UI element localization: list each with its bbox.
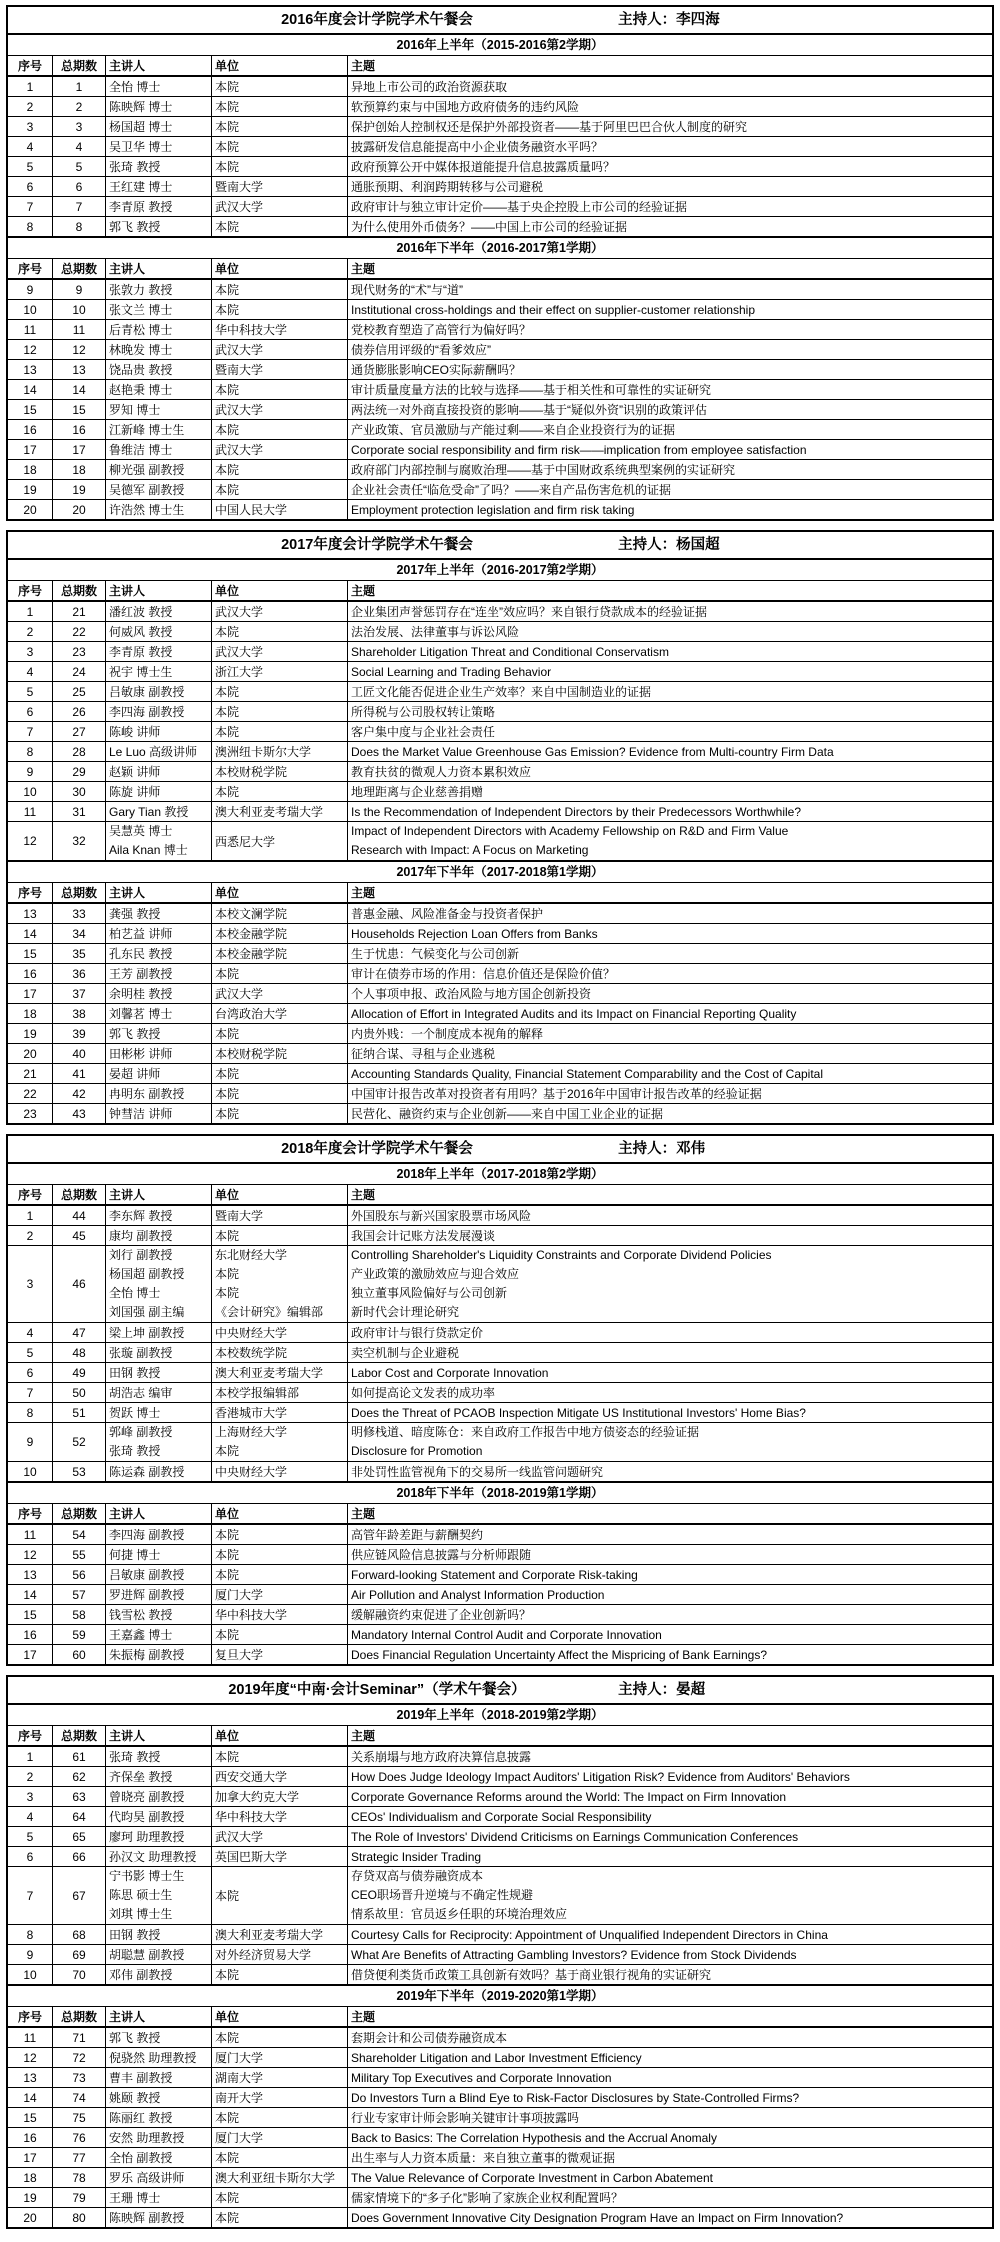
unit-cell: 本院 <box>212 1525 348 1544</box>
speaker-cell: 鲁维洁 博士 <box>106 440 212 459</box>
speaker-cell: 张文兰 博士 <box>106 300 212 319</box>
unit-cell: 西悉尼大学 <box>212 822 348 860</box>
speaker-cell: 吴德军 副教授 <box>106 480 212 499</box>
total-cell: 72 <box>53 2048 106 2067</box>
seq-cell: 10 <box>8 1462 53 1481</box>
table-row: 245康均 副教授本院我国会计记账方法发展漫谈 <box>8 1226 992 1246</box>
topic-cell: 供应链风险信息披露与分析师跟随 <box>348 1545 992 1564</box>
header-seq: 序号 <box>8 259 53 278</box>
speaker-cell: Gary Tian 教授 <box>106 802 212 821</box>
speaker-cell: 田彬彬 讲师 <box>106 1044 212 1063</box>
seq-cell: 15 <box>8 2108 53 2127</box>
total-cell: 54 <box>53 1525 106 1544</box>
topic-cell: 工匠文化能否促进企业生产效率？来自中国制造业的证据 <box>348 682 992 701</box>
speaker-cell: 罗进辉 副教授 <box>106 1585 212 1604</box>
total-cell: 79 <box>53 2188 106 2207</box>
speaker-cell: 郭飞 教授 <box>106 217 212 236</box>
seq-cell: 3 <box>8 642 53 661</box>
seq-cell: 2 <box>8 97 53 116</box>
unit-cell: 上海财经大学本院 <box>212 1423 348 1461</box>
speaker-cell: 陈运森 副教授 <box>106 1462 212 1481</box>
topic-cell: 党校教育塑造了高管行为偏好吗？ <box>348 320 992 339</box>
topic-cell: Impact of Independent Directors with Aca… <box>348 822 992 860</box>
section-subtitle: 2018年上半年（2017-2018第2学期） <box>8 1163 992 1185</box>
speaker-line: 刘琪 博士生 <box>109 1905 172 1924</box>
speaker-cell: 江新峰 博士生 <box>106 420 212 439</box>
table-row: 1414赵艳秉 博士本院审计质量度量方法的比较与选择——基于相关性和可靠性的实证… <box>8 380 992 400</box>
topic-cell: Military Top Executives and Corporate In… <box>348 2068 992 2087</box>
table-row: 727陈峻 讲师本院客户集中度与企业社会责任 <box>8 722 992 742</box>
topic-line: 新时代会计理论研究 <box>351 1303 459 1322</box>
table-row: 1434柏艺益 讲师本校金融学院Households Rejection Loa… <box>8 924 992 944</box>
topic-cell: 政府审计与银行贷款定价 <box>348 1323 992 1342</box>
table-row: 222何威风 教授本院法治发展、法律董事与诉讼风险 <box>8 622 992 642</box>
header-speaker: 主讲人 <box>106 259 212 278</box>
unit-cell: 华中科技大学 <box>212 320 348 339</box>
speaker-cell: 潘红波 教授 <box>106 602 212 621</box>
seq-cell: 17 <box>8 2148 53 2167</box>
header-total: 总期数 <box>53 1185 106 1204</box>
table-row: 626李四海 副教授本院所得税与公司股权转让策略 <box>8 702 992 722</box>
seq-cell: 2 <box>8 1767 53 1786</box>
total-cell: 70 <box>53 1965 106 1984</box>
unit-cell: 本院 <box>212 460 348 479</box>
speaker-cell: 李四海 副教授 <box>106 702 212 721</box>
unit-cell: 本院 <box>212 300 348 319</box>
unit-cell: 本校文澜学院 <box>212 904 348 923</box>
topic-cell: Is the Recommendation of Independent Dir… <box>348 802 992 821</box>
table-row: 767宁书影 博士生陈思 硕士生刘琪 博士生本院存贷双高与债券融资成本CEO职场… <box>8 1867 992 1925</box>
topic-cell: CEOs' Individualism and Corporate Social… <box>348 1807 992 1826</box>
table-row: 464代昀昊 副教授华中科技大学CEOs' Individualism and … <box>8 1807 992 1827</box>
topic-cell: 借贷便利类货币政策工具创新有效吗？基于商业银行视角的实证研究 <box>348 1965 992 1984</box>
header-total: 总期数 <box>53 1504 106 1523</box>
speaker-cell: 陈映辉 博士 <box>106 97 212 116</box>
topic-line: 情系故里：官员返乡任职的环境治理效应 <box>351 1905 567 1924</box>
table-row: 323李青原 教授武汉大学Shareholder Litigation Thre… <box>8 642 992 662</box>
seq-cell: 7 <box>8 197 53 216</box>
speaker-cell: 全怡 副教授 <box>106 2148 212 2167</box>
topic-cell: 两法统一对外商直接投资的影响——基于“疑似外资”识别的政策评估 <box>348 400 992 419</box>
unit-cell: 本院 <box>212 1965 348 1984</box>
unit-cell: 武汉大学 <box>212 340 348 359</box>
unit-cell: 本院 <box>212 722 348 741</box>
table-row: 2020许浩然 博士生中国人民大学Employment protection l… <box>8 500 992 519</box>
topic-cell: 审计在债券市场的作用：信息价值还是保险价值？ <box>348 964 992 983</box>
unit-cell: 本院 <box>212 380 348 399</box>
unit-cell: 华中科技大学 <box>212 1605 348 1624</box>
unit-cell: 本院 <box>212 2028 348 2047</box>
topic-cell: Mandatory Internal Control Audit and Cor… <box>348 1625 992 1644</box>
header-seq: 序号 <box>8 1504 53 1523</box>
seq-cell: 19 <box>8 480 53 499</box>
speaker-cell: 李东辉 教授 <box>106 1206 212 1225</box>
speaker-cell: 饶品贵 教授 <box>106 360 212 379</box>
total-cell: 18 <box>53 460 106 479</box>
table-row: 1457罗进辉 副教授厦门大学Air Pollution and Analyst… <box>8 1585 992 1605</box>
total-cell: 58 <box>53 1605 106 1624</box>
topic-cell: 中国审计报告改革对投资者有用吗？基于2016年中国审计报告改革的经验证据 <box>348 1084 992 1103</box>
unit-cell: 东北财经大学本院本院《会计研究》编辑部 <box>212 1246 348 1322</box>
header-total: 总期数 <box>53 56 106 75</box>
table-row: 750胡浩志 编审本校学报编辑部如何提高论文发表的成功率 <box>8 1383 992 1403</box>
speaker-cell: 贺跃 博士 <box>106 1403 212 1422</box>
header-unit: 单位 <box>212 2007 348 2026</box>
topic-cell: Corporate social responsibility and firm… <box>348 440 992 459</box>
speaker-cell: 许浩然 博士生 <box>106 500 212 519</box>
unit-cell: 本院 <box>212 1625 348 1644</box>
topic-cell: 内贵外贱：一个制度成本视角的解释 <box>348 1024 992 1043</box>
seq-cell: 15 <box>8 1605 53 1624</box>
seq-cell: 11 <box>8 802 53 821</box>
seq-cell: 9 <box>8 280 53 299</box>
total-cell: 74 <box>53 2088 106 2107</box>
topic-cell: 政府部门内部控制与腐败治理——基于中国财政系统典型案例的实证研究 <box>348 460 992 479</box>
header-seq: 序号 <box>8 1726 53 1745</box>
speaker-cell: 倪骁然 助理教授 <box>106 2048 212 2067</box>
table-title-row: 2017年度会计学院学术午餐会主持人：杨国超 <box>8 532 992 559</box>
unit-cell: 本院 <box>212 480 348 499</box>
header-speaker: 主讲人 <box>106 1726 212 1745</box>
topic-cell: 套期会计和公司债券融资成本 <box>348 2028 992 2047</box>
speaker-cell: 张敦力 教授 <box>106 280 212 299</box>
total-cell: 64 <box>53 1807 106 1826</box>
table-row: 1558钱雪松 教授华中科技大学缓解融资约束促进了企业创新吗？ <box>8 1605 992 1625</box>
table-row: 2141晏超 讲师本院Accounting Standards Quality,… <box>8 1064 992 1084</box>
speaker-cell: 张琦 教授 <box>106 1747 212 1766</box>
unit-cell: 本院 <box>212 1024 348 1043</box>
table-row: 121潘红波 教授武汉大学企业集团声誉惩罚存在“连坐”效应吗？来自银行贷款成本的… <box>8 602 992 622</box>
topic-line: 明修栈道、暗度陈仓：来自政府工作报告中地方债姿态的经验证据 <box>351 1423 699 1442</box>
topic-cell: 生于忧患：气候变化与公司创新 <box>348 944 992 963</box>
table-row: 88郭飞 教授本院为什么使用外币债务？——中国上市公司的经验证据 <box>8 217 992 237</box>
total-cell: 53 <box>53 1462 106 1481</box>
topic-cell: 缓解融资约束促进了企业创新吗？ <box>348 1605 992 1624</box>
total-cell: 21 <box>53 602 106 621</box>
total-cell: 3 <box>53 117 106 136</box>
seminar-schedule: 2016年度会计学院学术午餐会主持人：李四海2016年上半年（2015-2016… <box>0 0 1000 2242</box>
speaker-cell: 王红建 博士 <box>106 177 212 196</box>
seq-cell: 12 <box>8 340 53 359</box>
unit-cell: 本院 <box>212 2208 348 2227</box>
total-cell: 40 <box>53 1044 106 1063</box>
topic-cell: 产业政策、官员激励与产能过剩——来自企业投资行为的证据 <box>348 420 992 439</box>
seq-cell: 1 <box>8 1206 53 1225</box>
seq-cell: 14 <box>8 2088 53 2107</box>
year-table: 2019年度“中南·会计Seminar”（学术午餐会）主持人：晏超2019年上半… <box>6 1675 994 2229</box>
table-row: 1070邓伟 副教授本院借贷便利类货币政策工具创新有效吗？基于商业银行视角的实证… <box>8 1965 992 1985</box>
topic-cell: 外国股东与新兴国家股票市场风险 <box>348 1206 992 1225</box>
speaker-line: 刘国强 副主编 <box>109 1303 184 1322</box>
table-row: 77李青原 教授武汉大学政府审计与独立审计定价——基于央企控股上市公司的经验证据 <box>8 197 992 217</box>
speaker-cell: 吕敏康 副教授 <box>106 1565 212 1584</box>
table-row: 144李东辉 教授暨南大学外国股东与新兴国家股票市场风险 <box>8 1206 992 1226</box>
speaker-cell: 王芳 副教授 <box>106 964 212 983</box>
unit-cell: 南开大学 <box>212 2088 348 2107</box>
speaker-cell: 钟彗洁 讲师 <box>106 1104 212 1123</box>
seq-cell: 14 <box>8 924 53 943</box>
total-cell: 23 <box>53 642 106 661</box>
table-row: 1111后青松 博士华中科技大学党校教育塑造了高管行为偏好吗？ <box>8 320 992 340</box>
table-row: 1030陈旋 讲师本院地理距离与企业慈善捐赠 <box>8 782 992 802</box>
table-row: 1373曹丰 副教授湖南大学Military Top Executives an… <box>8 2068 992 2088</box>
topic-cell: 法治发展、法律董事与诉讼风险 <box>348 622 992 641</box>
seq-cell: 15 <box>8 944 53 963</box>
column-header-row: 序号总期数主讲人单位主题 <box>8 1504 992 1525</box>
total-cell: 6 <box>53 177 106 196</box>
header-unit: 单位 <box>212 581 348 600</box>
speaker-line: 全怡 博士 <box>109 1284 160 1303</box>
topic-cell: 非处罚性监管视角下的交易所一线监管问题研究 <box>348 1462 992 1481</box>
topic-line: 产业政策的激励效应与迎合效应 <box>351 1265 519 1284</box>
topic-cell: 通货膨胀影响CEO实际薪酬吗？ <box>348 360 992 379</box>
speaker-cell: 李四海 副教授 <box>106 1525 212 1544</box>
topic-cell: 存贷双高与债券融资成本CEO职场晋升逆境与不确定性规避情系故里：官员返乡任职的环… <box>348 1867 992 1924</box>
seq-cell: 13 <box>8 2068 53 2087</box>
table-row: 548张璇 副教授本校数统学院卖空机制与企业避税 <box>8 1343 992 1363</box>
topic-cell: Air Pollution and Analyst Information Pr… <box>348 1585 992 1604</box>
speaker-cell: 李青原 教授 <box>106 197 212 216</box>
seq-cell: 23 <box>8 1104 53 1123</box>
seq-cell: 13 <box>8 1565 53 1584</box>
unit-cell: 暨南大学 <box>212 360 348 379</box>
table-row: 1053陈运森 副教授中央财经大学非处罚性监管视角下的交易所一线监管问题研究 <box>8 1462 992 1482</box>
table-row: 1212林晚发 博士武汉大学债券信用评级的“看爹效应” <box>8 340 992 360</box>
topic-cell: Employment protection legislation and fi… <box>348 500 992 519</box>
speaker-cell: 杨国超 博士 <box>106 117 212 136</box>
speaker-cell: 全怡 博士 <box>106 77 212 96</box>
topic-line: Disclosure for Promotion <box>351 1442 482 1461</box>
table-row: 1535孔东民 教授本校金融学院生于忧患：气候变化与公司创新 <box>8 944 992 964</box>
section-subtitle: 2018年下半年（2018-2019第1学期） <box>8 1482 992 1504</box>
unit-cell: 中央财经大学 <box>212 1462 348 1481</box>
table-row: 424祝宇 博士生浙江大学Social Learning and Trading… <box>8 662 992 682</box>
topic-cell: Does Financial Regulation Uncertainty Af… <box>348 1645 992 1664</box>
speaker-cell: 陈峻 讲师 <box>106 722 212 741</box>
speaker-cell: 王珊 博士 <box>106 2188 212 2207</box>
header-speaker: 主讲人 <box>106 2007 212 2026</box>
total-cell: 32 <box>53 822 106 860</box>
speaker-cell: Le Luo 高级讲师 <box>106 742 212 761</box>
unit-cell: 厦门大学 <box>212 1585 348 1604</box>
total-cell: 36 <box>53 964 106 983</box>
speaker-cell: 柏艺益 讲师 <box>106 924 212 943</box>
header-unit: 单位 <box>212 1185 348 1204</box>
table-row: 1154李四海 副教授本院高管年龄差距与薪酬契约 <box>8 1525 992 1545</box>
header-seq: 序号 <box>8 883 53 902</box>
seq-cell: 9 <box>8 762 53 781</box>
topic-cell: 我国会计记账方法发展漫谈 <box>348 1226 992 1245</box>
speaker-cell: 孔东民 教授 <box>106 944 212 963</box>
topic-line: Controlling Shareholder's Liquidity Cons… <box>351 1246 772 1265</box>
unit-line: 本院 <box>215 1442 239 1461</box>
unit-cell: 本院 <box>212 782 348 801</box>
table-row: 666孙汉文 助理教授英国巴斯大学Strategic Insider Tradi… <box>8 1847 992 1867</box>
total-cell: 20 <box>53 500 106 519</box>
topic-cell: Forward-looking Statement and Corporate … <box>348 1565 992 1584</box>
topic-cell: Labor Cost and Corporate Innovation <box>348 1363 992 1382</box>
speaker-cell: 胡浩志 编审 <box>106 1383 212 1402</box>
header-speaker: 主讲人 <box>106 581 212 600</box>
table-row: 1232吴慧英 博士Aila Knan 博士西悉尼大学Impact of Ind… <box>8 822 992 861</box>
table-row: 11全怡 博士本院异地上市公司的政治资源获取 <box>8 77 992 97</box>
total-cell: 60 <box>53 1645 106 1664</box>
speaker-cell: 田钢 教授 <box>106 1925 212 1944</box>
topic-cell: 保护创始人控制权还是保护外部投资者——基于阿里巴巴合伙人制度的研究 <box>348 117 992 136</box>
total-cell: 68 <box>53 1925 106 1944</box>
speaker-line: Aila Knan 博士 <box>109 841 188 860</box>
seq-cell: 16 <box>8 2128 53 2147</box>
speaker-line: 陈思 硕士生 <box>109 1886 172 1905</box>
topic-cell: Social Learning and Trading Behavior <box>348 662 992 681</box>
section-subtitle: 2016年上半年（2015-2016第2学期） <box>8 34 992 56</box>
speaker-cell: 朱振梅 副教授 <box>106 1645 212 1664</box>
total-cell: 15 <box>53 400 106 419</box>
speaker-cell: 赵艳秉 博士 <box>106 380 212 399</box>
total-cell: 13 <box>53 360 106 379</box>
seq-cell: 7 <box>8 1867 53 1924</box>
topic-cell: 个人事项申报、政治风险与地方国企创新投资 <box>348 984 992 1003</box>
seq-cell: 4 <box>8 662 53 681</box>
total-cell: 61 <box>53 1747 106 1766</box>
topic-cell: 地理距离与企业慈善捐赠 <box>348 782 992 801</box>
table-row: 1474姚颐 教授南开大学Do Investors Turn a Blind E… <box>8 2088 992 2108</box>
topic-cell: 审计质量度量方法的比较与选择——基于相关性和可靠性的实证研究 <box>348 380 992 399</box>
unit-cell: 厦门大学 <box>212 2128 348 2147</box>
column-header-row: 序号总期数主讲人单位主题 <box>8 1726 992 1747</box>
total-cell: 46 <box>53 1246 106 1322</box>
unit-cell: 本校财税学院 <box>212 1044 348 1063</box>
header-unit: 单位 <box>212 1726 348 1745</box>
topic-line: CEO职场晋升逆境与不确定性规避 <box>351 1886 533 1905</box>
total-cell: 73 <box>53 2068 106 2087</box>
speaker-cell: 宁书影 博士生陈思 硕士生刘琪 博士生 <box>106 1867 212 1924</box>
speaker-cell: 胡聪慧 副教授 <box>106 1945 212 1964</box>
total-cell: 62 <box>53 1767 106 1786</box>
seq-cell: 2 <box>8 1226 53 1245</box>
seq-cell: 6 <box>8 1847 53 1866</box>
unit-cell: 澳大利亚麦考瑞大学 <box>212 802 348 821</box>
seq-cell: 5 <box>8 682 53 701</box>
seq-cell: 20 <box>8 2208 53 2227</box>
total-cell: 10 <box>53 300 106 319</box>
topic-line: Impact of Independent Directors with Aca… <box>351 822 788 841</box>
total-cell: 41 <box>53 1064 106 1083</box>
total-cell: 57 <box>53 1585 106 1604</box>
unit-cell: 台湾政治大学 <box>212 1004 348 1023</box>
table-row: 1777全怡 副教授本院出生率与人力资本质量：来自独立董事的微观证据 <box>8 2148 992 2168</box>
seq-cell: 12 <box>8 1545 53 1564</box>
table-row: 1171郭飞 教授本院套期会计和公司债券融资成本 <box>8 2028 992 2048</box>
seq-cell: 1 <box>8 602 53 621</box>
topic-cell: How Does Judge Ideology Impact Auditors'… <box>348 1767 992 1786</box>
unit-line: 《会计研究》编辑部 <box>215 1303 323 1322</box>
seq-cell: 21 <box>8 1064 53 1083</box>
speaker-cell: 刘行 副教授杨国超 副教授全怡 博士刘国强 副主编 <box>106 1246 212 1322</box>
header-speaker: 主讲人 <box>106 56 212 75</box>
speaker-cell: 张璇 副教授 <box>106 1343 212 1362</box>
total-cell: 24 <box>53 662 106 681</box>
total-cell: 5 <box>53 157 106 176</box>
topic-cell: Corporate Governance Reforms around the … <box>348 1787 992 1806</box>
header-total: 总期数 <box>53 1726 106 1745</box>
speaker-line: 郭峰 副教授 <box>109 1423 172 1442</box>
topic-cell: Does the Market Value Greenhouse Gas Emi… <box>348 742 992 761</box>
table-row: 649田钢 教授澳大利亚麦考瑞大学Labor Cost and Corporat… <box>8 1363 992 1383</box>
total-cell: 14 <box>53 380 106 399</box>
topic-cell: 行业专家审计师会影响关键审计事项披露吗 <box>348 2108 992 2127</box>
total-cell: 76 <box>53 2128 106 2147</box>
speaker-cell: 龚强 教授 <box>106 904 212 923</box>
seq-cell: 4 <box>8 137 53 156</box>
host-label: 主持人：邓伟 <box>618 1136 705 1162</box>
speaker-cell: 姚颐 教授 <box>106 2088 212 2107</box>
table-row: 969胡聪慧 副教授对外经济贸易大学What Are Benefits of A… <box>8 1945 992 1965</box>
table-row: 1616江新峰 博士生本院产业政策、官员激励与产能过剩——来自企业投资行为的证据 <box>8 420 992 440</box>
speaker-cell: 罗知 博士 <box>106 400 212 419</box>
table-row: 1255何捷 博士本院供应链风险信息披露与分析师跟随 <box>8 1545 992 1565</box>
topic-cell: Shareholder Litigation and Labor Investm… <box>348 2048 992 2067</box>
unit-cell: 武汉大学 <box>212 642 348 661</box>
topic-cell: The Role of Investors' Dividend Criticis… <box>348 1827 992 1846</box>
unit-cell: 本院 <box>212 1545 348 1564</box>
speaker-cell: 柳光强 副教授 <box>106 460 212 479</box>
speaker-line: 刘行 副教授 <box>109 1246 172 1265</box>
table-row: 525吕敏康 副教授本院工匠文化能否促进企业生产效率？来自中国制造业的证据 <box>8 682 992 702</box>
table-row: 1979王珊 博士本院儒家情境下的“多子化”影响了家族企业权利配置吗？ <box>8 2188 992 2208</box>
unit-cell: 本院 <box>212 964 348 983</box>
topic-cell: Accounting Standards Quality, Financial … <box>348 1064 992 1083</box>
seq-cell: 11 <box>8 2028 53 2047</box>
table-row: 828Le Luo 高级讲师澳洲纽卡斯尔大学Does the Market Va… <box>8 742 992 762</box>
header-unit: 单位 <box>212 883 348 902</box>
speaker-cell: 冉明东 副教授 <box>106 1084 212 1103</box>
table-row: 44吴卫华 博士本院披露研发信息能提高中小企业债务融资水平吗？ <box>8 137 992 157</box>
total-cell: 17 <box>53 440 106 459</box>
unit-cell: 香港城市大学 <box>212 1403 348 1422</box>
speaker-cell: 齐保垒 教授 <box>106 1767 212 1786</box>
speaker-cell: 郭峰 副教授张琦 教授 <box>106 1423 212 1461</box>
speaker-cell: 赵颖 讲师 <box>106 762 212 781</box>
table-row: 868田钢 教授澳大利亚麦考瑞大学Courtesy Calls for Reci… <box>8 1925 992 1945</box>
total-cell: 45 <box>53 1226 106 1245</box>
section-subtitle: 2019年下半年（2019-2020第1学期） <box>8 1985 992 2007</box>
total-cell: 78 <box>53 2168 106 2187</box>
table-row: 2080陈映辉 副教授本院Does Government Innovative … <box>8 2208 992 2227</box>
topic-cell: 高管年龄差距与薪酬契约 <box>348 1525 992 1544</box>
topic-line: 独立董事风险偏好与公司创新 <box>351 1284 507 1303</box>
table-title-row: 2019年度“中南·会计Seminar”（学术午餐会）主持人：晏超 <box>8 1677 992 1704</box>
unit-line: 本院 <box>215 1284 239 1303</box>
table-row: 851贺跃 博士香港城市大学Does the Threat of PCAOB I… <box>8 1403 992 1423</box>
header-total: 总期数 <box>53 259 106 278</box>
header-unit: 单位 <box>212 259 348 278</box>
total-cell: 47 <box>53 1323 106 1342</box>
topic-cell: 通胀预期、利润跨期转移与公司避税 <box>348 177 992 196</box>
total-cell: 38 <box>53 1004 106 1023</box>
unit-cell: 加拿大约克大学 <box>212 1787 348 1806</box>
header-seq: 序号 <box>8 2007 53 2026</box>
header-speaker: 主讲人 <box>106 883 212 902</box>
table-row: 565廖珂 助理教授武汉大学The Role of Investors' Div… <box>8 1827 992 1847</box>
table-row: 1659王嘉鑫 博士本院Mandatory Internal Control A… <box>8 1625 992 1645</box>
speaker-cell: 安然 助理教授 <box>106 2128 212 2147</box>
speaker-cell: 郭飞 教授 <box>106 1024 212 1043</box>
topic-cell: 债券信用评级的“看爹效应” <box>348 340 992 359</box>
unit-cell: 本院 <box>212 137 348 156</box>
header-seq: 序号 <box>8 581 53 600</box>
year-table: 2016年度会计学院学术午餐会主持人：李四海2016年上半年（2015-2016… <box>6 5 994 521</box>
